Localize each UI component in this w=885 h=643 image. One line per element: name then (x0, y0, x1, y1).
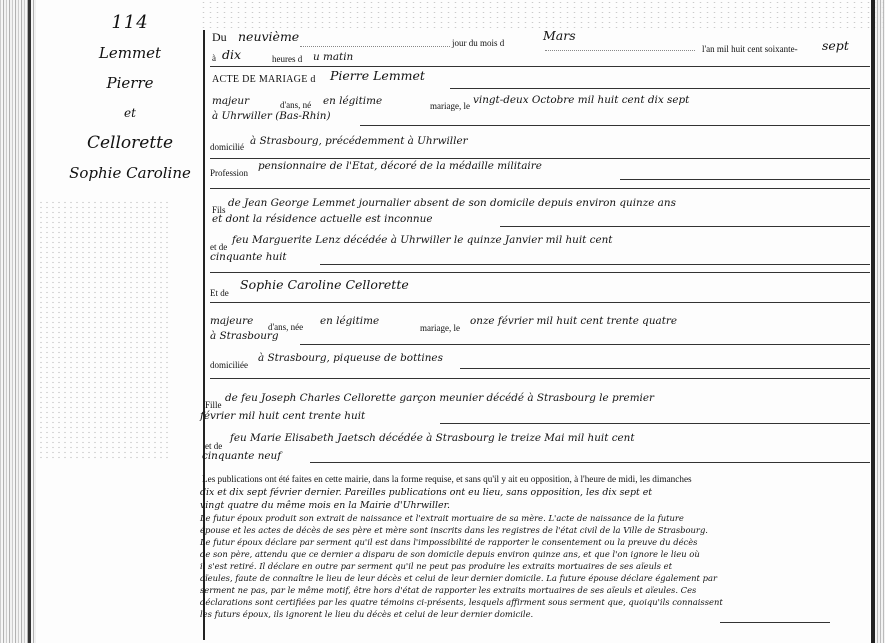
fille-label: Fille (205, 400, 222, 410)
bride-label: Et de (210, 288, 229, 298)
bride-domicile-label: domiciliée (210, 360, 248, 370)
profession-label: Profession (210, 168, 248, 178)
act-number: 114 (60, 8, 200, 38)
publication-line: Le futur époux produit son extrait de na… (200, 512, 840, 524)
publication-line: épouse et les actes de décès de ses père… (200, 524, 840, 536)
groom-mother-line1: feu Marguerite Lenz décédée à Uhrwiller … (232, 234, 613, 246)
row-rule (210, 272, 870, 273)
row-rule (500, 226, 870, 227)
row-rule (210, 378, 870, 379)
day-value: neuvième (238, 29, 299, 44)
bride-birth-date: onze février mil huit cent trente quatre (470, 315, 677, 327)
row-rule (210, 302, 870, 303)
publication-line: Le futur époux déclare par serment qu'il… (200, 536, 840, 548)
margin-conjunction: et (60, 98, 200, 128)
scan-noise (38, 200, 168, 460)
bride-domicile: à Strasbourg, piqueuse de bottines (258, 352, 443, 364)
margin-groom-surname: Lemmet (60, 38, 200, 68)
margin-groom-given: Pierre (60, 68, 200, 98)
bride-status: majeure (210, 315, 253, 327)
row-rule (440, 423, 870, 424)
publication-line: déclarations sont certifiées par les qua… (200, 596, 840, 608)
binding-edge-right (871, 0, 875, 643)
bride-legitimacy: en légitime (320, 315, 379, 327)
row-rule (460, 368, 870, 369)
row-rule (620, 179, 870, 180)
publication-line: aïeules, faute de connaître le lieu de l… (200, 572, 840, 584)
publication-line: dix et dix sept février dernier. Pareill… (200, 486, 840, 499)
month-value: Mars (543, 28, 576, 43)
bride-mother-line2: cinquante neuf (202, 450, 281, 462)
publication-line: il s'est retiré. Il déclare en outre par… (200, 560, 840, 572)
margin-bride-surname: Cellorette (60, 128, 200, 158)
groom-birthplace: à Uhrwiller (Bas-Rhin) (212, 110, 331, 122)
bride-father-line1: de feu Joseph Charles Cellorette garçon … (225, 392, 654, 404)
publications-printed: Les publications ont été faites en cette… (202, 474, 692, 484)
row-rule (210, 158, 870, 159)
row-rule (300, 344, 870, 345)
day-prefix: Du (212, 30, 227, 45)
publications-handwritten: dix et dix sept février dernier. Pareill… (200, 486, 840, 620)
bride-mother-line1: feu Marie Elisabeth Jaetsch décédée à St… (230, 432, 635, 444)
marriage-record-page: 114 Lemmet Pierre et Cellorette Sophie C… (0, 0, 885, 643)
groom-father-line1: de Jean George Lemmet journalier absent … (228, 197, 676, 209)
dotted-fill (300, 46, 450, 47)
act-label: ACTE DE MARIAGE d (212, 74, 316, 85)
row-rule (320, 264, 870, 265)
groom-birth-date: vingt-deux Octobre mil huit cent dix sep… (473, 94, 689, 106)
groom-status: majeur (212, 95, 249, 107)
groom-age-label: d'ans, né (280, 100, 311, 110)
bride-name: Sophie Caroline Cellorette (240, 277, 409, 292)
hour-label: heures d (272, 54, 302, 64)
publication-line: les futurs époux, ils ignorent le lieu d… (200, 608, 840, 620)
scan-noise-top (200, 0, 885, 28)
groom-domicile: à Strasbourg, précédemment à Uhrwiller (250, 135, 468, 147)
closing-rule (720, 622, 830, 623)
margin-bride-given: Sophie Caroline (60, 158, 200, 188)
groom-father-line2: et dont la résidence actuelle est inconn… (212, 213, 432, 225)
hour-suffix: u matin (313, 51, 353, 63)
year-label: l'an mil huit cent soixante- (702, 44, 798, 54)
row-rule (210, 188, 870, 189)
month-label: jour du mois d (452, 38, 504, 48)
margin-annotation: 114 Lemmet Pierre et Cellorette Sophie C… (60, 8, 200, 188)
row-rule (210, 66, 870, 67)
groom-name: Pierre Lemmet (330, 68, 425, 83)
groom-birth-label: mariage, le (430, 101, 470, 111)
bride-birthplace: à Strasbourg (210, 330, 279, 342)
groom-legitimacy: en légitime (323, 95, 382, 107)
bride-father-line2: février mil huit cent trente huit (200, 410, 365, 422)
hour-value: dix (222, 47, 241, 62)
row-rule (360, 125, 870, 126)
publication-line: serment ne pas, par le même motif, être … (200, 584, 840, 596)
row-rule (450, 88, 870, 89)
publication-line: de son père, attendu que ce dernier a di… (200, 548, 840, 560)
groom-profession: pensionnaire de l'Etat, décoré de la méd… (258, 160, 542, 172)
hour-prefix: à (212, 53, 216, 63)
groom-domicile-label: domicilié (210, 142, 244, 152)
binding-edge-left (28, 0, 31, 643)
row-rule (310, 462, 870, 463)
year-value: sept (822, 38, 849, 53)
publication-line: vingt quatre du même mois en la Mairie d… (200, 499, 840, 512)
groom-mother-line2: cinquante huit (210, 251, 287, 263)
bride-birth-label: mariage, le (420, 323, 460, 333)
dotted-fill (545, 50, 695, 51)
